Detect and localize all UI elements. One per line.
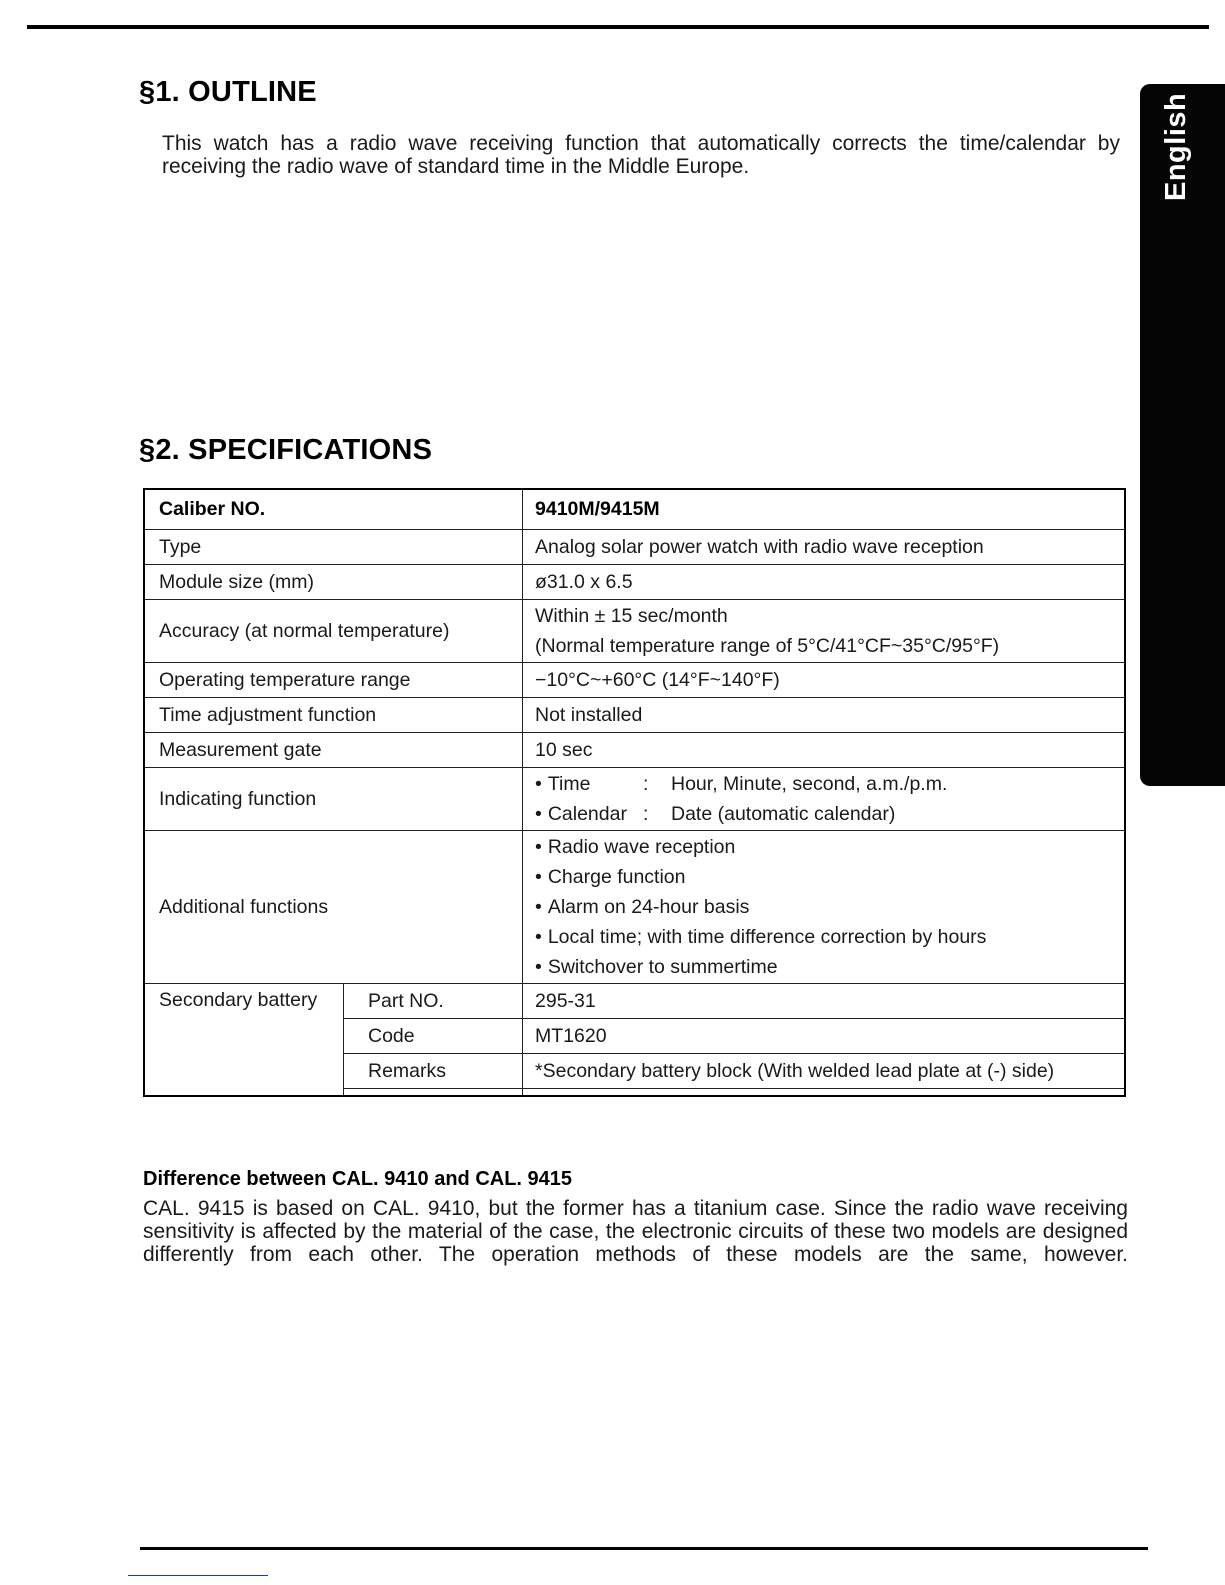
- row-label: Measurement gate: [144, 733, 523, 768]
- bottom-underline: [128, 1575, 268, 1576]
- indicating-value: Date (automatic calendar): [671, 803, 895, 825]
- table-row: Indicating function Time:Hour, Minute, s…: [144, 768, 1125, 831]
- section-specifications-title: §2. SPECIFICATIONS: [139, 434, 432, 467]
- top-rule: [27, 25, 1209, 29]
- battery-sublabel: Code: [344, 1019, 523, 1054]
- battery-sublabel: Part NO.: [344, 984, 523, 1019]
- row-value: Time:Hour, Minute, second, a.m./p.m. Cal…: [523, 768, 1126, 831]
- row-value: ø31.0 x 6.5: [523, 565, 1126, 600]
- spacer-cell: [344, 1089, 523, 1097]
- indicating-separator: :: [643, 769, 671, 799]
- row-label: Accuracy (at normal temperature): [144, 600, 523, 663]
- table-row: Time adjustment function Not installed: [144, 698, 1125, 733]
- additional-function-item: Switchover to summertime: [535, 952, 1110, 982]
- table-row: Additional functions Radio wave receptio…: [144, 831, 1125, 984]
- row-value: −10°C~+60°C (14°F~140°F): [523, 663, 1126, 698]
- caliber-value: 9410M/9415M: [523, 489, 1126, 530]
- battery-value: *Secondary battery block (With welded le…: [523, 1054, 1126, 1089]
- section-outline-title: §1. OUTLINE: [139, 76, 317, 109]
- battery-sublabel: Remarks: [344, 1054, 523, 1089]
- table-row: Measurement gate 10 sec: [144, 733, 1125, 768]
- row-label: Operating temperature range: [144, 663, 523, 698]
- bottom-rule: [140, 1547, 1148, 1550]
- row-value: Within ± 15 sec/month (Normal temperatur…: [523, 600, 1126, 663]
- row-label: Type: [144, 530, 523, 565]
- row-value: 10 sec: [523, 733, 1126, 768]
- table-header-row: Caliber NO. 9410M/9415M: [144, 489, 1125, 530]
- table-row: Accuracy (at normal temperature) Within …: [144, 600, 1125, 663]
- table-row: Operating temperature range −10°C~+60°C …: [144, 663, 1125, 698]
- specifications-table: Caliber NO. 9410M/9415M Type Analog sola…: [143, 488, 1126, 1097]
- difference-title: Difference between CAL. 9410 and CAL. 94…: [143, 1168, 572, 1191]
- accuracy-line: Within ± 15 sec/month: [535, 601, 1110, 631]
- indicating-key: Time: [535, 769, 643, 799]
- battery-row: Secondary battery Part NO. 295-31: [144, 984, 1125, 1019]
- indicating-item: Time:Hour, Minute, second, a.m./p.m.: [535, 769, 1110, 799]
- caliber-label: Caliber NO.: [144, 489, 523, 530]
- additional-function-item: Charge function: [535, 862, 1110, 892]
- row-value: Not installed: [523, 698, 1126, 733]
- difference-paragraph: CAL. 9415 is based on CAL. 9410, but the…: [143, 1197, 1128, 1266]
- indicating-value: Hour, Minute, second, a.m./p.m.: [671, 773, 947, 795]
- row-value: Radio wave reception Charge function Ala…: [523, 831, 1126, 984]
- battery-value: 295-31: [523, 984, 1126, 1019]
- battery-value: MT1620: [523, 1019, 1126, 1054]
- additional-function-item: Alarm on 24-hour basis: [535, 892, 1110, 922]
- outline-paragraph: This watch has a radio wave receiving fu…: [162, 132, 1120, 178]
- spacer-cell: [523, 1089, 1126, 1097]
- table-row: Type Analog solar power watch with radio…: [144, 530, 1125, 565]
- row-label: Time adjustment function: [144, 698, 523, 733]
- indicating-key: Calendar: [535, 799, 643, 829]
- table-row: Module size (mm) ø31.0 x 6.5: [144, 565, 1125, 600]
- additional-function-item: Radio wave reception: [535, 832, 1110, 862]
- row-label: Additional functions: [144, 831, 523, 984]
- indicating-item: Calendar:Date (automatic calendar): [535, 799, 1110, 829]
- row-label: Indicating function: [144, 768, 523, 831]
- language-tab-label: English: [1160, 93, 1193, 201]
- row-label: Module size (mm): [144, 565, 523, 600]
- additional-function-item: Local time; with time difference correct…: [535, 922, 1110, 952]
- indicating-separator: :: [643, 799, 671, 829]
- row-value: Analog solar power watch with radio wave…: [523, 530, 1126, 565]
- battery-label: Secondary battery: [144, 984, 344, 1097]
- accuracy-note-line: (Normal temperature range of 5°C/41°CF~3…: [535, 631, 1110, 661]
